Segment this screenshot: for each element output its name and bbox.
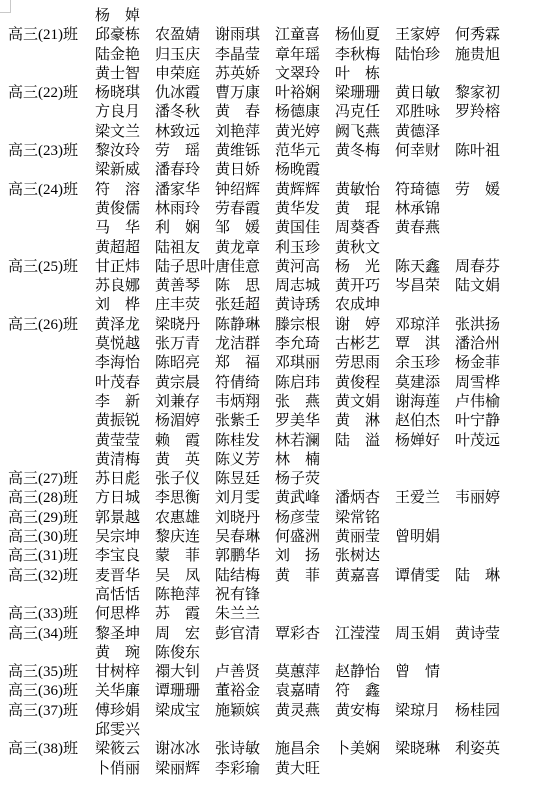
student-name: 曾明娟: [395, 528, 455, 547]
roster-row: 高三(32)班麦晋华吴 凤陆结梅黄 菲黄嘉喜谭倩雯陆 琳: [0, 567, 537, 586]
student-name: 梁新威: [95, 161, 155, 180]
student-name: 王爱兰: [395, 489, 455, 508]
roster-row: 李海怡陈昭亮郑 福邓琪丽劳思雨余玉珍杨金菲: [0, 354, 537, 373]
student-name: 陆金艳: [95, 46, 155, 65]
student-name: 马 华: [95, 219, 155, 238]
student-name: 归玉庆: [155, 46, 215, 65]
student-name: 林 楠: [275, 451, 335, 470]
student-name: 麦晋华: [95, 567, 155, 586]
student-name: 黎庆连: [155, 528, 215, 547]
student-name: 覃彩杏: [275, 625, 335, 644]
student-name: 周玉娟: [395, 625, 455, 644]
student-name: 郑 福: [215, 354, 275, 373]
roster-row: 李 新刘兼存韦炳翔张 燕黄文娟谢海莲卢伟榆: [0, 393, 537, 412]
student-name: 林若澜: [275, 432, 335, 451]
student-name: 卜美娴: [335, 740, 395, 759]
student-name: 申荣庭: [155, 65, 215, 84]
student-name: 李秋梅: [335, 46, 395, 65]
student-name: 古彬艺: [335, 335, 395, 354]
student-name: 黄春燕: [395, 219, 455, 238]
student-name: 王家婷: [395, 26, 455, 45]
student-name: 黎汝玲: [95, 142, 155, 161]
student-name: 吴 凤: [155, 567, 215, 586]
student-name: 何盛洲: [275, 528, 335, 547]
student-name: 黄光婷: [275, 123, 335, 142]
student-name: 李海怡: [95, 354, 155, 373]
student-name: 章年瑶: [275, 46, 335, 65]
student-name: 杨晓琪: [95, 84, 155, 103]
student-name: 黄冬梅: [335, 142, 395, 161]
roster-row: 高恬恬陈艳萍祝有锋: [0, 586, 537, 605]
student-name: 陆 溢: [335, 432, 395, 451]
roster-row: 梁文兰林致远刘艳萍黄光婷阙飞燕黄德泽: [0, 123, 537, 142]
student-name: 覃 淇: [395, 335, 455, 354]
student-name: 曾 情: [395, 663, 455, 682]
roster-row: 高三(23)班黎汝玲劳 瑶黄维铄范华元黄冬梅何幸财陈叶祖: [0, 142, 537, 161]
student-name: 李允琦: [275, 335, 335, 354]
student-name: 林雨玲: [155, 200, 215, 219]
student-name: 黄辉辉: [275, 181, 335, 200]
student-name: 黄泽龙: [95, 316, 155, 335]
student-name: 苏 霞: [155, 605, 215, 624]
student-name: 黄 英: [155, 451, 215, 470]
student-name: 施昌余: [275, 740, 335, 759]
roster-row: 高三(37)班傅珍娟梁成宝施颖嫔黄灵燕黄安梅梁琼月杨桂园: [0, 702, 537, 721]
student-name: 劳春霞: [215, 200, 275, 219]
student-name: 杨婵好: [395, 432, 455, 451]
class-label: [0, 432, 95, 451]
student-name: 黄俊程: [335, 374, 395, 393]
class-label: 高三(30)班: [0, 528, 95, 547]
student-name: 周雪桦: [455, 374, 515, 393]
student-name: 黄开巧: [335, 277, 395, 296]
roster-row: 马 华利 娴邹 媛黄国佳周葵香黄春燕: [0, 219, 537, 238]
roster-row: 高三(28)班方日城李思衡刘月雯黄武峰潘炳杏王爱兰韦丽婷: [0, 489, 537, 508]
student-name: 陆 琳: [455, 567, 515, 586]
student-name: 张子仪: [155, 470, 215, 489]
roster-row: 梁新威潘春玲黄日娇杨晚霞: [0, 161, 537, 180]
student-name: 符倩绮: [215, 374, 275, 393]
class-label: 高三(38)班: [0, 740, 95, 759]
student-name: 张树达: [335, 547, 395, 566]
roster-row: 高三(38)班梁筱云谢冰冰张诗敏施昌余卜美娴梁晓琳利姿英: [0, 740, 537, 759]
student-name: 莫蕙萍: [275, 663, 335, 682]
student-name: 韦炳翔: [215, 393, 275, 412]
class-label: 高三(36)班: [0, 682, 95, 701]
student-name: 周葵香: [335, 219, 395, 238]
student-name: 谢雨琪: [215, 26, 275, 45]
student-name: 陈 思: [215, 277, 275, 296]
student-name: 陈昱廷: [215, 470, 275, 489]
student-name: 江童喜: [275, 26, 335, 45]
student-name: 杨晚霞: [275, 161, 335, 180]
student-name: 袁嘉晴: [275, 682, 335, 701]
student-name: 黄诗琇: [275, 296, 335, 315]
student-name: 罗羚榕: [455, 103, 515, 122]
roster-row: 黄 琬陈俊东: [0, 644, 537, 663]
class-label: 高三(35)班: [0, 663, 95, 682]
class-label: [0, 46, 95, 65]
student-name: 董裕金: [215, 682, 275, 701]
class-label: [0, 374, 95, 393]
student-name: 杨金菲: [455, 354, 515, 373]
student-name: 岑昌荣: [395, 277, 455, 296]
student-name: 陈义芳: [215, 451, 275, 470]
student-name: 叶裕娴: [275, 84, 335, 103]
student-name: 劳思雨: [335, 354, 395, 373]
roster-row: 黄俊儒林雨玲劳春霞黄华发黄 琨林承锦: [0, 200, 537, 219]
student-name: 张紫壬: [215, 412, 275, 431]
class-label: [0, 277, 95, 296]
student-name: 赵静怡: [335, 663, 395, 682]
student-name: 谭倩雯: [395, 567, 455, 586]
student-name: 高恬恬: [95, 586, 155, 605]
student-name: 潘炳杏: [335, 489, 395, 508]
student-name: 陈俊东: [155, 644, 215, 663]
student-name: 林致远: [155, 123, 215, 142]
student-name: 邱豪栋: [95, 26, 155, 45]
roster-row: 刘 桦庄丰荧张廷超黄诗琇农成坤: [0, 296, 537, 315]
class-label: 高三(26)班: [0, 316, 95, 335]
student-name: 莫建添: [395, 374, 455, 393]
student-name: 农惠雄: [155, 509, 215, 528]
class-label: [0, 451, 95, 470]
student-name: 黄丽莹: [335, 528, 395, 547]
student-name: 何思桦: [95, 605, 155, 624]
class-label: 高三(22)班: [0, 84, 95, 103]
student-name: 刘 桦: [95, 296, 155, 315]
student-name: 黄 琬: [95, 644, 155, 663]
student-name: 杨 婥: [95, 7, 155, 26]
roster-row: 高三(22)班杨晓琪仇冰霞曹万康叶裕娴梁珊珊黄日敏黎家初: [0, 84, 537, 103]
student-name: 蒙 菲: [155, 547, 215, 566]
student-name: 叶 栋: [335, 65, 395, 84]
roster-row: 高三(24)班符 溶潘家华钟绍辉黄辉辉黄敏怡符琦德劳 媛: [0, 181, 537, 200]
class-label: [0, 296, 95, 315]
student-name: 黄 琨: [335, 200, 395, 219]
student-name: 黄龙章: [215, 239, 275, 258]
student-name: 符琦德: [395, 181, 455, 200]
roster-row: 高三(33)班何思桦苏 霞朱兰兰: [0, 605, 537, 624]
student-name: 韦丽婷: [455, 489, 515, 508]
roster-row: 黄振锐杨湄婷张紫壬罗美华黄 淋赵伯杰叶宁静: [0, 412, 537, 431]
student-name: 杨 光: [335, 258, 395, 277]
class-label: [0, 644, 95, 663]
student-name: 周春芬: [455, 258, 515, 277]
student-name: 潘春玲: [155, 161, 215, 180]
student-name: 方良月: [95, 103, 155, 122]
class-label: 高三(32)班: [0, 567, 95, 586]
roster-row: 高三(34)班黎圣坤周 宏彭官清覃彩杏江滢滢周玉娟黄诗莹: [0, 625, 537, 644]
student-name: 杨湄婷: [155, 412, 215, 431]
student-name: 冯克任: [335, 103, 395, 122]
student-name: 关华廉: [95, 682, 155, 701]
student-name: 彭官清: [215, 625, 275, 644]
student-name: 江滢滢: [335, 625, 395, 644]
class-label: [0, 65, 95, 84]
student-name: 刘 扬: [275, 547, 335, 566]
roster-row: 邱雯兴: [0, 721, 537, 740]
student-name: 吴宗坤: [95, 528, 155, 547]
class-label: [0, 335, 95, 354]
student-name: 苏良娜: [95, 277, 155, 296]
student-name: 邓琪丽: [275, 354, 335, 373]
student-name: 潘洽州: [455, 335, 515, 354]
roster-row: 叶茂春黄宗晨符倩绮陈启玮黄俊程莫建添周雪桦: [0, 374, 537, 393]
student-name: 劳 瑶: [155, 142, 215, 161]
student-name: 梁丽辉: [155, 760, 215, 779]
class-label: [0, 239, 95, 258]
student-name: 施贵旭: [455, 46, 515, 65]
roster-row: 高三(27)班苏日彪张子仪陈昱廷杨子荧: [0, 470, 537, 489]
student-name: 梁琼月: [395, 702, 455, 721]
student-name: 李 新: [95, 393, 155, 412]
student-name: 梁珊珊: [335, 84, 395, 103]
student-name: 杨德康: [275, 103, 335, 122]
student-name: 甘正炜: [95, 258, 155, 277]
student-name: 黄 淋: [335, 412, 395, 431]
student-name: 黄善琴: [155, 277, 215, 296]
class-label: [0, 721, 95, 740]
student-name: 周志城: [275, 277, 335, 296]
student-name: 李晶莹: [215, 46, 275, 65]
student-name: 利姿英: [455, 740, 515, 759]
student-name: 杨仙夏: [335, 26, 395, 45]
class-label: 高三(37)班: [0, 702, 95, 721]
student-name: 梁文兰: [95, 123, 155, 142]
student-name: 陆结梅: [215, 567, 275, 586]
student-name: 符 溶: [95, 181, 155, 200]
student-name: 周 宏: [155, 625, 215, 644]
student-name: 张廷超: [215, 296, 275, 315]
roster-row: 黄莹莹赖 霞陈桂发林若澜陆 溢杨婵好叶茂远: [0, 432, 537, 451]
class-label: [0, 586, 95, 605]
student-name: 农盈婧: [155, 26, 215, 45]
roster-row: 高三(26)班黄泽龙梁晓丹陈静琳滕宗根谢 婷邓琼洋张洪扬: [0, 316, 537, 335]
student-name: 赵伯杰: [395, 412, 455, 431]
class-label: [0, 7, 95, 26]
class-label: 高三(23)班: [0, 142, 95, 161]
student-name: 滕宗根: [275, 316, 335, 335]
student-name: 杨子荧: [275, 470, 335, 489]
roster-row: 高三(30)班吴宗坤黎庆连吴春琳何盛洲黄丽莹曾明娟: [0, 528, 537, 547]
student-name: 张 燕: [275, 393, 335, 412]
student-name: 黄德泽: [395, 123, 455, 142]
class-label: 高三(21)班: [0, 26, 95, 45]
roster-row: 卜俏丽梁丽辉李彩瑜黄大旺: [0, 760, 537, 779]
student-name: 陆祖友: [155, 239, 215, 258]
student-name: 黄日娇: [215, 161, 275, 180]
class-label: 高三(24)班: [0, 181, 95, 200]
student-name: 潘冬秋: [155, 103, 215, 122]
student-name: 黄嘉喜: [335, 567, 395, 586]
student-name: 苏日彪: [95, 470, 155, 489]
student-name: 杨桂园: [455, 702, 515, 721]
student-name: 仇冰霞: [155, 84, 215, 103]
class-label: [0, 760, 95, 779]
student-name: 何秀霖: [455, 26, 515, 45]
student-name: 梁筱云: [95, 740, 155, 759]
student-name: 叶茂春: [95, 374, 155, 393]
class-label: [0, 219, 95, 238]
student-name: 黄维铄: [215, 142, 275, 161]
student-name: 陈天鑫: [395, 258, 455, 277]
student-name: 梁晓丹: [155, 316, 215, 335]
student-name: 黄华发: [275, 200, 335, 219]
student-name: 张洪扬: [455, 316, 515, 335]
student-name: 文翠玲: [275, 65, 335, 84]
student-name: 杨彦莹: [275, 509, 335, 528]
student-name: 祝有锋: [215, 586, 275, 605]
student-name: 符 鑫: [335, 682, 395, 701]
student-name: 苏英娇: [215, 65, 275, 84]
student-name: 余玉珍: [395, 354, 455, 373]
student-name: 李思衡: [155, 489, 215, 508]
student-name: 利 娴: [155, 219, 215, 238]
student-name: 邓琼洋: [395, 316, 455, 335]
student-name: 刘晓丹: [215, 509, 275, 528]
student-name: 甘树梓: [95, 663, 155, 682]
student-name: 黄 菲: [275, 567, 335, 586]
student-name: 罗美华: [275, 412, 335, 431]
student-name: 邓胜咏: [395, 103, 455, 122]
class-label: [0, 393, 95, 412]
student-name: 谢 婷: [335, 316, 395, 335]
student-name: 陈艳萍: [155, 586, 215, 605]
roster-row: 高三(31)班李宝良蒙 菲郭鹏华刘 扬张树达: [0, 547, 537, 566]
class-label: [0, 354, 95, 373]
student-name: 刘艳萍: [215, 123, 275, 142]
student-name: 黄文娟: [335, 393, 395, 412]
student-name: 赖 霞: [155, 432, 215, 451]
student-name: 劳 媛: [455, 181, 515, 200]
student-name: 谢冰冰: [155, 740, 215, 759]
class-label: [0, 123, 95, 142]
student-name: 黄莹莹: [95, 432, 155, 451]
student-name: 施颖嫔: [215, 702, 275, 721]
roster-row: 黄士智申荣庭苏英娇文翠玲叶 栋: [0, 65, 537, 84]
student-name: 张诗敏: [215, 740, 275, 759]
roster-row: 高三(29)班郭景越农惠雄刘晓丹杨彦莹梁常铭: [0, 509, 537, 528]
student-name: 吴春琳: [215, 528, 275, 547]
student-name: 郭鹏华: [215, 547, 275, 566]
class-label: 高三(27)班: [0, 470, 95, 489]
student-name: 黎家初: [455, 84, 515, 103]
roster-row: 莫悦越张万青龙洁群李允琦古彬艺覃 淇潘洽州: [0, 335, 537, 354]
student-name: 潘家华: [155, 181, 215, 200]
student-name: 曹万康: [215, 84, 275, 103]
class-label: 高三(25)班: [0, 258, 95, 277]
student-name: 阙飞燕: [335, 123, 395, 142]
student-name: 黄安梅: [335, 702, 395, 721]
student-name: 陈桂发: [215, 432, 275, 451]
student-name: 卢伟榆: [455, 393, 515, 412]
student-name: 黄清梅: [95, 451, 155, 470]
student-name: 黄日敏: [395, 84, 455, 103]
student-name: 黄振锐: [95, 412, 155, 431]
student-name: 陈叶祖: [455, 142, 515, 161]
roster-row: 黄超超陆祖友黄龙章利玉珍黄秋文: [0, 239, 537, 258]
student-name: 黄河高: [275, 258, 335, 277]
student-name: 唐佳意: [215, 258, 275, 277]
roster-row: 高三(35)班甘树梓禤大钊卢善贤莫蕙萍赵静怡曾 情: [0, 663, 537, 682]
student-name: 陈静琳: [215, 316, 275, 335]
class-label: 高三(31)班: [0, 547, 95, 566]
student-name: 黄大旺: [275, 760, 335, 779]
class-label: [0, 200, 95, 219]
student-name: 朱兰兰: [215, 605, 275, 624]
student-name: 黄 春: [215, 103, 275, 122]
student-name: 黄诗莹: [455, 625, 515, 644]
roster-row: 方良月潘冬秋黄 春杨德康冯克任邓胜咏罗羚榕: [0, 103, 537, 122]
student-name: 卢善贤: [215, 663, 275, 682]
student-name: 陆怡珍: [395, 46, 455, 65]
roster-row: 苏良娜黄善琴陈 思周志城黄开巧岑昌荣陆文娟: [0, 277, 537, 296]
student-name: 黄秋文: [335, 239, 395, 258]
student-name: 范华元: [275, 142, 335, 161]
roster-row: 高三(21)班邱豪栋农盈婧谢雨琪江童喜杨仙夏王家婷何秀霖: [0, 26, 537, 45]
student-name: 庄丰荧: [155, 296, 215, 315]
student-name: 邱雯兴: [95, 721, 155, 740]
student-name: 黄武峰: [275, 489, 335, 508]
class-label: 高三(33)班: [0, 605, 95, 624]
student-name: 谭珊珊: [155, 682, 215, 701]
student-name: 钟绍辉: [215, 181, 275, 200]
student-name: 黄超超: [95, 239, 155, 258]
class-roster-page: 杨 婥高三(21)班邱豪栋农盈婧谢雨琪江童喜杨仙夏王家婷何秀霖陆金艳归玉庆李晶莹…: [0, 0, 537, 810]
student-name: 陈昭亮: [155, 354, 215, 373]
student-name: 傅珍娟: [95, 702, 155, 721]
student-name: 黄国佳: [275, 219, 335, 238]
student-name: 莫悦越: [95, 335, 155, 354]
student-name: 卜俏丽: [95, 760, 155, 779]
student-name: 黄士智: [95, 65, 155, 84]
student-name: 林承锦: [395, 200, 455, 219]
class-label: 高三(28)班: [0, 489, 95, 508]
student-name: 刘月雯: [215, 489, 275, 508]
student-name: 农成坤: [335, 296, 395, 315]
student-name: 谢海莲: [395, 393, 455, 412]
roster-row: 陆金艳归玉庆李晶莹章年瑶李秋梅陆怡珍施贵旭: [0, 46, 537, 65]
class-label: [0, 103, 95, 122]
student-name: 黄宗晨: [155, 374, 215, 393]
student-name: 李宝良: [95, 547, 155, 566]
student-name: 龙洁群: [215, 335, 275, 354]
student-name: 邹 媛: [215, 219, 275, 238]
student-name: 黄敏怡: [335, 181, 395, 200]
student-name: 张万青: [155, 335, 215, 354]
student-name: 李彩瑜: [215, 760, 275, 779]
student-name: 梁常铭: [335, 509, 395, 528]
student-name: 叶茂远: [455, 432, 515, 451]
student-name: 郭景越: [95, 509, 155, 528]
student-name: 黄俊儒: [95, 200, 155, 219]
student-name: 方日城: [95, 489, 155, 508]
student-name: 梁成宝: [155, 702, 215, 721]
student-name: 利玉珍: [275, 239, 335, 258]
student-name: 黄灵燕: [275, 702, 335, 721]
student-name: 陆子思叶: [155, 258, 215, 277]
roster-row: 黄清梅黄 英陈义芳林 楠: [0, 451, 537, 470]
student-name: 禤大钊: [155, 663, 215, 682]
class-label: [0, 161, 95, 180]
class-label: [0, 412, 95, 431]
roster-row: 高三(36)班关华廉谭珊珊董裕金袁嘉晴符 鑫: [0, 682, 537, 701]
student-name: 叶宁静: [455, 412, 515, 431]
student-name: 何幸财: [395, 142, 455, 161]
student-name: 陈启玮: [275, 374, 335, 393]
student-name: 黎圣坤: [95, 625, 155, 644]
